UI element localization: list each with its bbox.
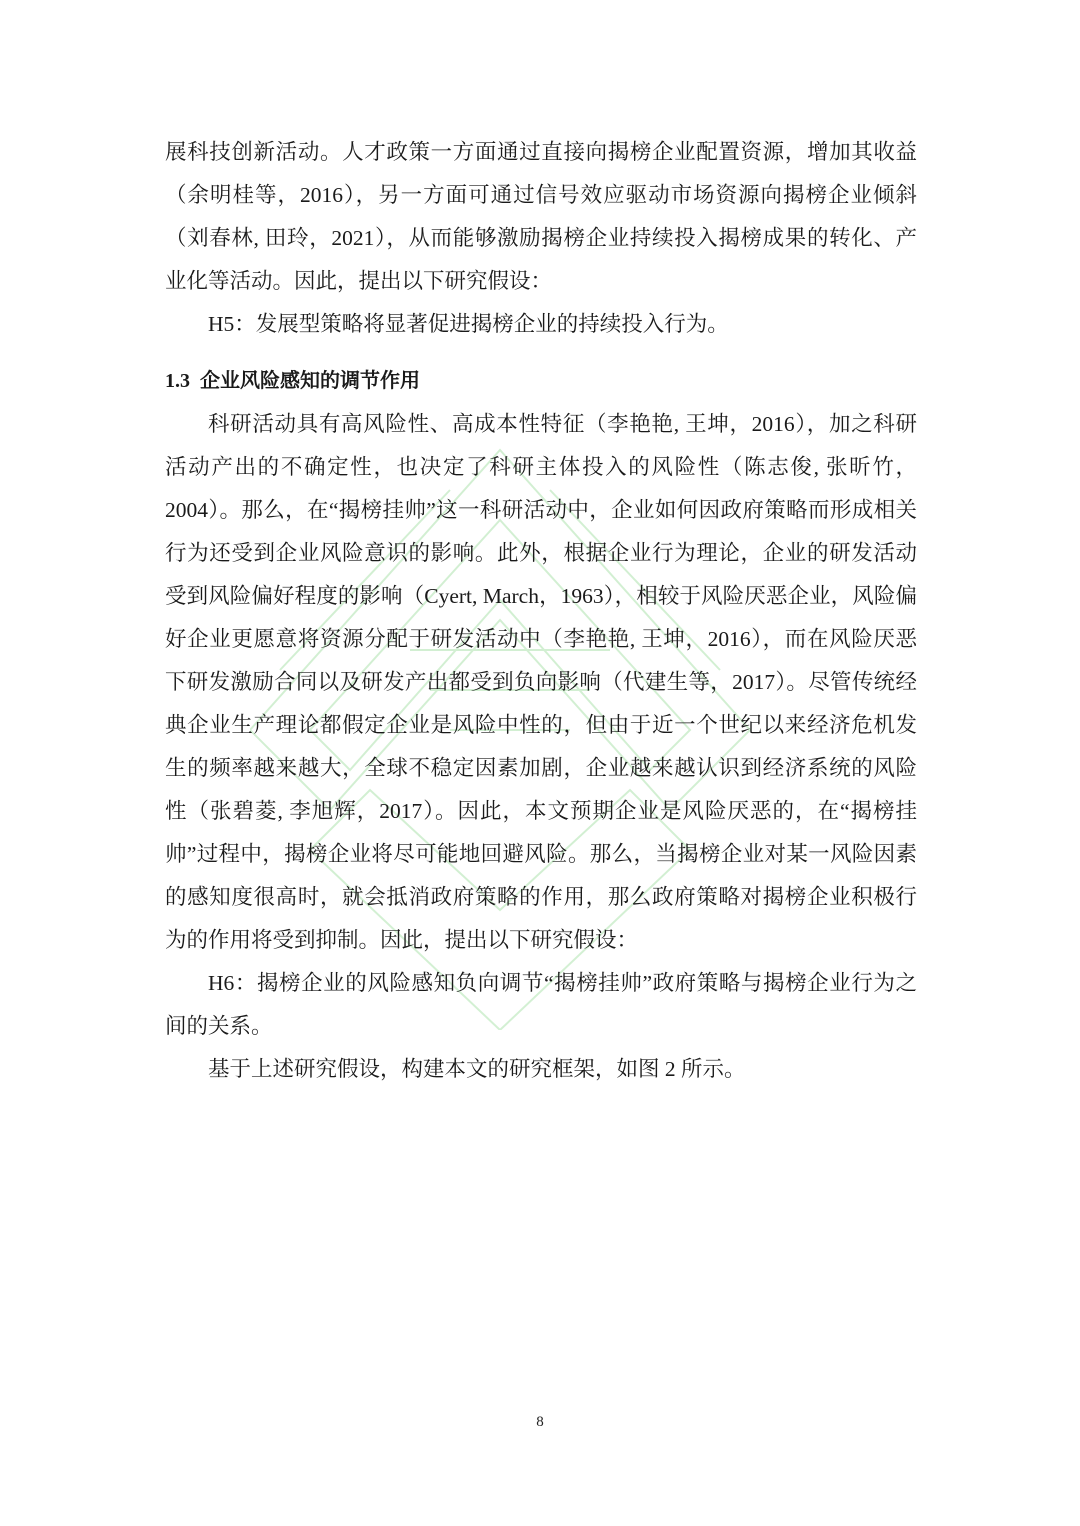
section-number: 1.3	[165, 370, 190, 392]
page-number: 8	[0, 1414, 1080, 1431]
document-page: 展科技创新活动。人才政策一方面通过直接向揭榜企业配置资源，增加其收益（余明桂等，…	[0, 0, 1080, 1526]
section-title: 企业风险感知的调节作用	[200, 368, 420, 392]
section-heading: 1.3企业风险感知的调节作用	[165, 359, 917, 403]
paragraph-3: 基于上述研究假设，构建本文的研究框架，如图 2 所示。	[165, 1048, 917, 1091]
hypothesis-h5: H5：发展型策略将显著促进揭榜企业的持续投入行为。	[165, 303, 917, 346]
paragraph-1: 展科技创新活动。人才政策一方面通过直接向揭榜企业配置资源，增加其收益（余明桂等，…	[165, 131, 917, 303]
paragraph-2: 科研活动具有高风险性、高成本性特征（李艳艳, 王坤，2016），加之科研活动产出…	[165, 403, 917, 962]
body-text: 展科技创新活动。人才政策一方面通过直接向揭榜企业配置资源，增加其收益（余明桂等，…	[165, 131, 917, 1091]
hypothesis-h6: H6：揭榜企业的风险感知负向调节“揭榜挂帅”政府策略与揭榜企业行为之间的关系。	[165, 962, 917, 1048]
